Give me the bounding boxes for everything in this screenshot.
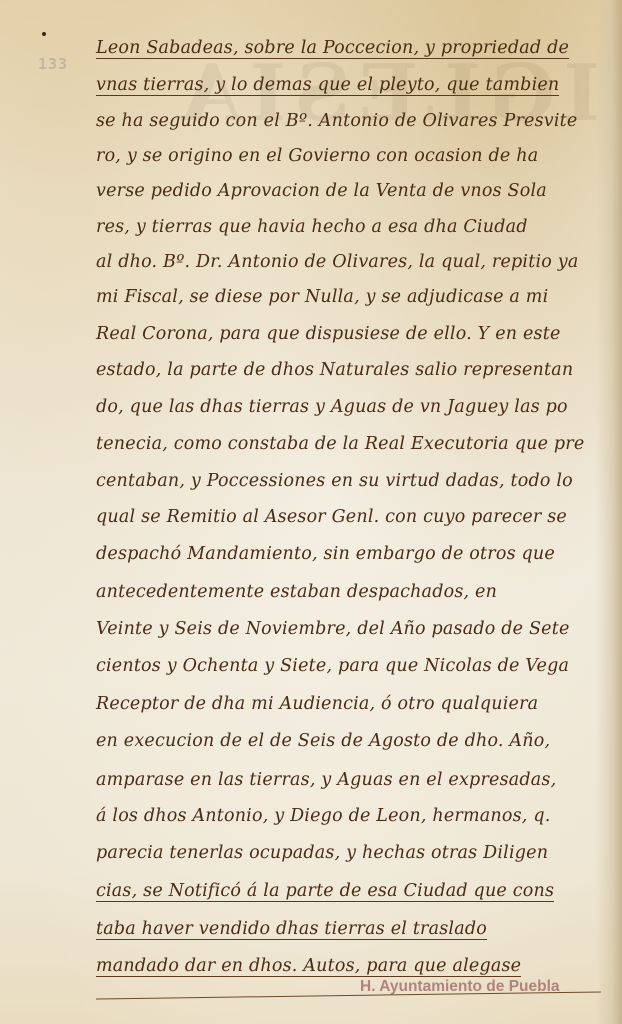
text-line-8: mi Fiscal, se diese por Nulla, y se adju… bbox=[96, 287, 602, 307]
text-line-21: amparase en las tierras, y Aguas en el e… bbox=[96, 770, 602, 790]
text-line-24: cias, se Notificó á la parte de esa Ciud… bbox=[96, 881, 602, 901]
text-line-23: parecia tenerlas ocupadas, y hechas otra… bbox=[96, 843, 602, 863]
text-line-15: despachó Mandamiento, sin embargo de otr… bbox=[96, 544, 602, 564]
text-line-9: Real Corona, para que dispusiese de ello… bbox=[96, 324, 602, 344]
line-text: mandado dar en dhos. Autos, para que ale… bbox=[96, 956, 521, 977]
text-line-20: en execucion de el de Seis de Agosto de … bbox=[96, 731, 602, 751]
text-line-19: Receptor de dha mi Audiencia, ó otro qua… bbox=[96, 694, 602, 714]
text-line-25: taba haver vendido dhas tierras el trasl… bbox=[96, 919, 602, 939]
line-text: vnas tierras, y lo demas que el pleyto, … bbox=[96, 75, 559, 96]
text-line-5: verse pedido Aprovacion de la Venta de v… bbox=[96, 181, 602, 201]
line-text: taba haver vendido dhas tierras el trasl… bbox=[96, 919, 487, 940]
archive-watermark: H. Ayuntamiento de Puebla bbox=[360, 978, 560, 996]
line-text: cias, se Notificó á la parte de esa Ciud… bbox=[96, 881, 554, 902]
text-line-6: res, y tierras que havia hecho a esa dha… bbox=[96, 217, 602, 237]
line-text: Leon Sabadeas, sobre la Poccecion, y pro… bbox=[96, 38, 569, 59]
text-line-7: al dho. Bº. Dr. Antonio de Olivares, la … bbox=[96, 252, 602, 272]
bleed-through-stamp: IGLESIA bbox=[160, 48, 600, 158]
text-line-2: vnas tierras, y lo demas que el pleyto, … bbox=[96, 75, 602, 95]
manuscript-page: IGLESIA 133 Leon Sabadeas, sobre la Pocc… bbox=[0, 0, 622, 1024]
text-line-22: á los dhos Antonio, y Diego de Leon, her… bbox=[96, 806, 602, 826]
text-line-26: mandado dar en dhos. Autos, para que ale… bbox=[96, 956, 602, 976]
text-line-11: do, que las dhas tierras y Aguas de vn J… bbox=[96, 397, 602, 417]
text-line-16: antecedentemente estaban despachados, en bbox=[96, 582, 602, 602]
page-edge-shadow bbox=[596, 0, 622, 1024]
text-line-12: tenecia, como constaba de la Real Execut… bbox=[96, 434, 602, 454]
text-line-17: Veinte y Seis de Noviembre, del Año pasa… bbox=[96, 619, 602, 639]
text-line-4: ro, y se origino en el Govierno con ocas… bbox=[96, 146, 602, 166]
ink-dot bbox=[42, 32, 46, 36]
folio-number-ghost: 133 bbox=[38, 55, 68, 73]
text-line-1: Leon Sabadeas, sobre la Poccecion, y pro… bbox=[96, 38, 602, 58]
text-line-3: se ha seguido con el Bº. Antonio de Oliv… bbox=[96, 111, 602, 131]
text-line-13: centaban, y Poccessiones en su virtud da… bbox=[96, 471, 602, 491]
text-line-10: estado, la parte de dhos Naturales salio… bbox=[96, 360, 602, 380]
text-line-14: qual se Remitio al Asesor Genl. con cuyo… bbox=[96, 507, 602, 527]
text-line-18: cientos y Ochenta y Siete, para que Nico… bbox=[96, 656, 602, 676]
